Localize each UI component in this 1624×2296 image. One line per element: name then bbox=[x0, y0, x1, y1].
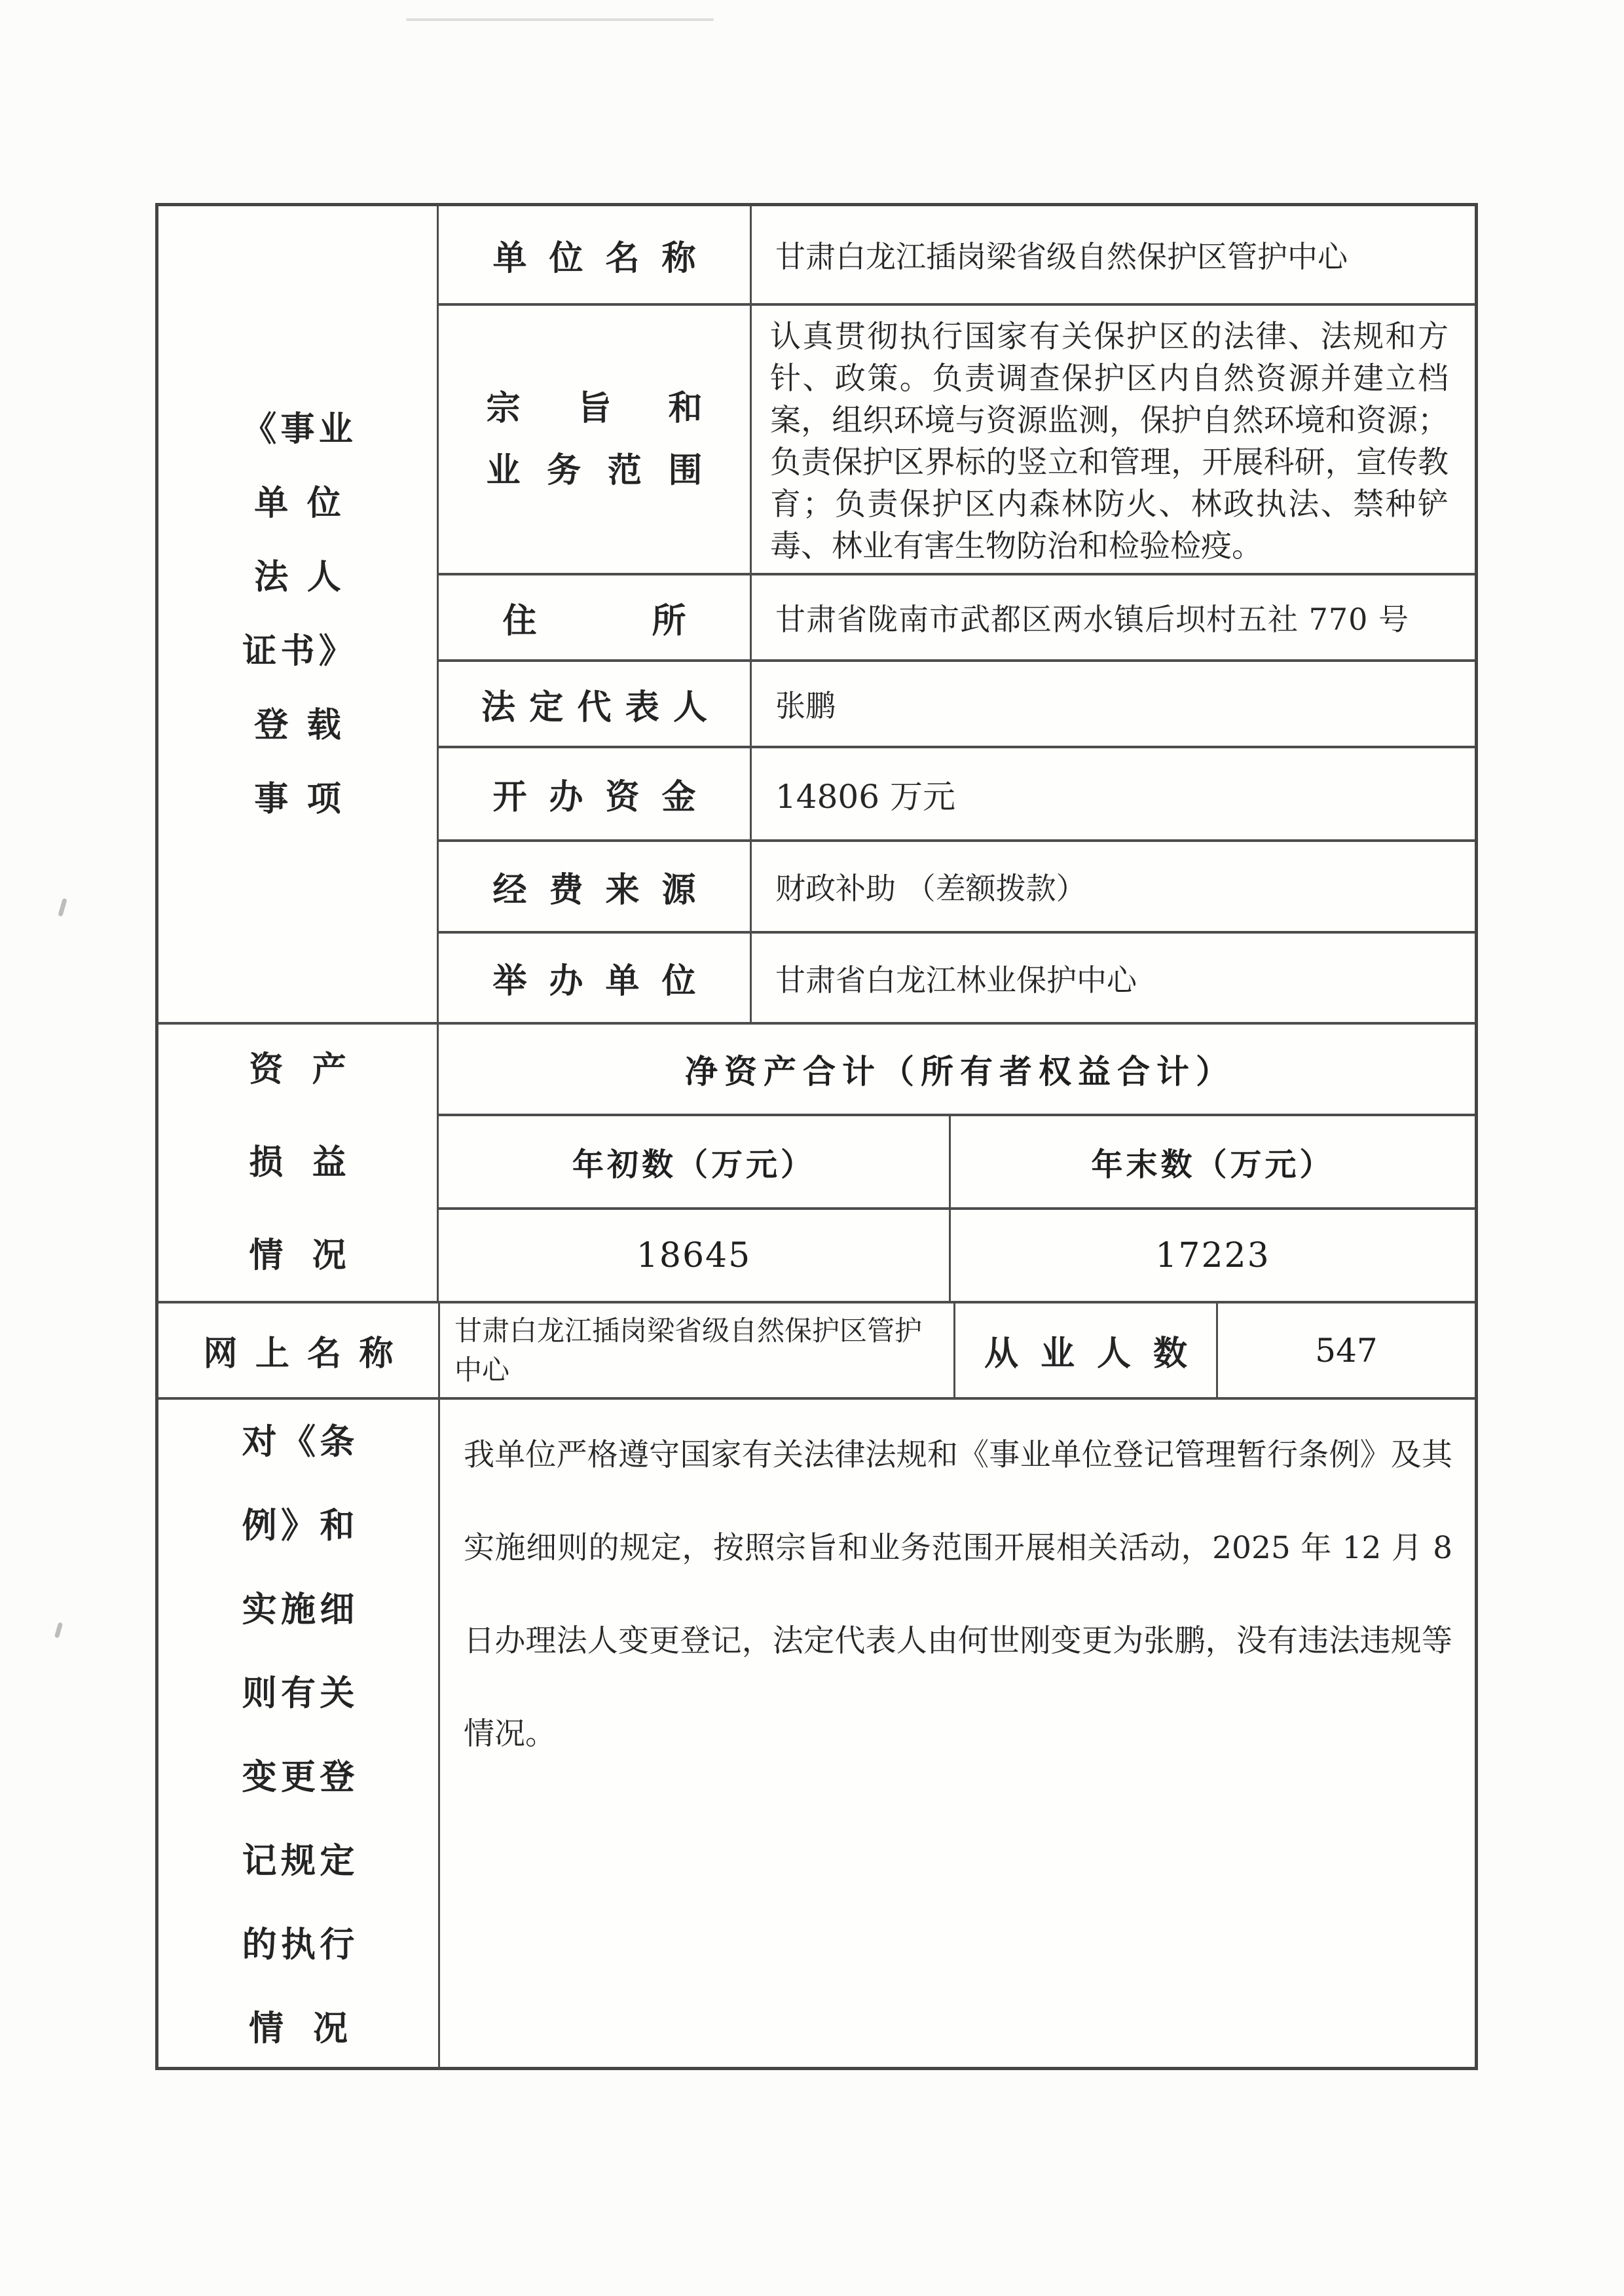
side-label-line: 《事业 bbox=[238, 392, 357, 466]
side-label-line: 事项 bbox=[236, 762, 360, 836]
staff-count-value-cell: 547 bbox=[1218, 1303, 1475, 1400]
opening-fund-value: 14806 万元 bbox=[775, 771, 955, 818]
purpose-value-cell: 认真贯彻执行国家有关保护区的法律、法规和方针、政策。负责调查保护区内自然资源并建… bbox=[752, 306, 1475, 575]
unit-name-value: 甘肃白龙江插岗梁省级自然保护区管护中心 bbox=[775, 233, 1348, 276]
side-label-line: 则有关 bbox=[238, 1651, 358, 1735]
certificate-side-label: 《事业 单位 法人 证书》 登载 事项 bbox=[158, 206, 439, 1025]
side-label-line: 的执行 bbox=[238, 1903, 358, 1986]
unit-name-label: 单位名称 bbox=[493, 230, 696, 280]
year-start-value-cell: 18645 bbox=[439, 1210, 951, 1303]
scan-artifact-mark bbox=[58, 898, 67, 917]
online-name-value-cell: 甘肃白龙江插岗梁省级自然保护区管护中心 bbox=[440, 1303, 955, 1400]
page-background: 《事业 单位 法人 证书》 登载 事项 单位名称 甘肃白龙江插岗梁省级自然保护区… bbox=[0, 0, 1624, 2296]
online-name-label: 网上名称 bbox=[204, 1326, 394, 1375]
certificate-items-section: 《事业 单位 法人 证书》 登载 事项 单位名称 甘肃白龙江插岗梁省级自然保护区… bbox=[158, 206, 1475, 1025]
compliance-side-label: 对《条 例》和 实施细 则有关 变更登 记规定 的执行 情况 bbox=[158, 1400, 440, 2070]
side-label-line: 情况 bbox=[219, 1986, 377, 2070]
side-label-line: 实施细 bbox=[238, 1567, 358, 1651]
assets-section: 资产 损益 情况 净资产合计（所有者权益合计） 年初数（万元） 年末数（万元） … bbox=[158, 1025, 1475, 1303]
scanned-document-page: { "cert_section": { "side_label_lines": … bbox=[0, 0, 1624, 2296]
purpose-text: 认真贯彻执行国家有关保护区的法律、法规和方针、政策。负责调查保护区内自然资源并建… bbox=[752, 306, 1475, 573]
compliance-statement-cell: 我单位严格遵守国家有关法律法规和《事业单位登记管理暂行条例》及其实施细则的规定，… bbox=[440, 1400, 1475, 2070]
funding-source-label: 经费来源 bbox=[493, 862, 696, 911]
opening-fund-value-cell: 14806 万元 bbox=[752, 748, 1475, 842]
address-label: 住所 bbox=[503, 593, 686, 642]
staff-count-label-cell: 从业人数 bbox=[955, 1303, 1218, 1400]
online-name-section: 网上名称 甘肃白龙江插岗梁省级自然保护区管护中心 从业人数 547 bbox=[158, 1303, 1475, 1400]
address-value-cell: 甘肃省陇南市武都区两水镇后坝村五社 770 号 bbox=[752, 575, 1475, 662]
online-name-value: 甘肃白龙江插岗梁省级自然保护区管护中心 bbox=[440, 1303, 953, 1398]
funding-source-value-cell: 财政补助 （差额拨款） bbox=[752, 842, 1475, 934]
side-label-line: 变更登 bbox=[238, 1735, 358, 1819]
scan-artifact-streak bbox=[406, 18, 714, 21]
scan-artifact-mark bbox=[54, 1622, 63, 1639]
online-name-label-cell: 网上名称 bbox=[158, 1303, 440, 1400]
side-label-line: 情况 bbox=[220, 1209, 375, 1302]
legal-rep-label: 法定代表人 bbox=[481, 680, 707, 729]
unit-name-label-cell: 单位名称 bbox=[439, 206, 752, 306]
legal-rep-label-cell: 法定代表人 bbox=[439, 662, 752, 748]
year-start-header: 年初数（万元） bbox=[572, 1139, 815, 1184]
staff-count-label: 从业人数 bbox=[984, 1326, 1187, 1375]
sponsor-value: 甘肃省白龙江林业保护中心 bbox=[775, 957, 1137, 1000]
year-end-header: 年末数（万元） bbox=[1091, 1139, 1334, 1184]
purpose-label-cell: 宗旨和 业务范围 bbox=[439, 306, 752, 575]
address-value: 甘肃省陇南市武都区两水镇后坝村五社 770 号 bbox=[775, 596, 1409, 639]
compliance-statement: 我单位严格遵守国家有关法律法规和《事业单位登记管理暂行条例》及其实施细则的规定，… bbox=[440, 1400, 1475, 1781]
assets-side-label: 资产 损益 情况 bbox=[158, 1025, 439, 1303]
purpose-label-line: 宗旨和 bbox=[487, 377, 703, 439]
sponsor-label: 举办单位 bbox=[493, 953, 696, 1002]
side-label-line: 资产 bbox=[220, 1025, 375, 1116]
year-start-value: 18645 bbox=[637, 1236, 751, 1275]
registration-form-table: 《事业 单位 法人 证书》 登载 事项 单位名称 甘肃白龙江插岗梁省级自然保护区… bbox=[155, 203, 1478, 2070]
side-label-line: 单位 bbox=[236, 466, 360, 540]
address-label-cell: 住所 bbox=[439, 575, 752, 662]
side-label-line: 登载 bbox=[236, 688, 360, 762]
purpose-label-line: 业务范围 bbox=[487, 439, 703, 501]
legal-rep-value: 张鹏 bbox=[775, 682, 836, 725]
year-end-header-cell: 年末数（万元） bbox=[951, 1116, 1475, 1210]
side-label-line: 法人 bbox=[236, 540, 360, 614]
unit-name-value-cell: 甘肃白龙江插岗梁省级自然保护区管护中心 bbox=[752, 206, 1475, 306]
compliance-section: 对《条 例》和 实施细 则有关 变更登 记规定 的执行 情况 我单位严格遵守国家… bbox=[158, 1400, 1475, 2070]
side-label-line: 例》和 bbox=[238, 1484, 358, 1567]
net-assets-header-cell: 净资产合计（所有者权益合计） bbox=[439, 1025, 1475, 1116]
funding-source-label-cell: 经费来源 bbox=[439, 842, 752, 934]
legal-rep-value-cell: 张鹏 bbox=[752, 662, 1475, 748]
year-end-value: 17223 bbox=[1155, 1236, 1270, 1275]
staff-count-value: 547 bbox=[1315, 1332, 1377, 1370]
sponsor-label-cell: 举办单位 bbox=[439, 934, 752, 1025]
year-end-value-cell: 17223 bbox=[951, 1210, 1475, 1303]
opening-fund-label-cell: 开办资金 bbox=[439, 748, 752, 842]
opening-fund-label: 开办资金 bbox=[493, 769, 696, 818]
net-assets-header: 净资产合计（所有者权益合计） bbox=[678, 1046, 1235, 1093]
funding-source-value: 财政补助 （差额拨款） bbox=[775, 865, 1086, 908]
side-label-line: 对《条 bbox=[238, 1400, 358, 1484]
side-label-line: 证书》 bbox=[238, 614, 357, 688]
year-start-header-cell: 年初数（万元） bbox=[439, 1116, 951, 1210]
side-label-line: 记规定 bbox=[238, 1819, 358, 1903]
side-label-line: 损益 bbox=[220, 1116, 375, 1209]
sponsor-value-cell: 甘肃省白龙江林业保护中心 bbox=[752, 934, 1475, 1025]
